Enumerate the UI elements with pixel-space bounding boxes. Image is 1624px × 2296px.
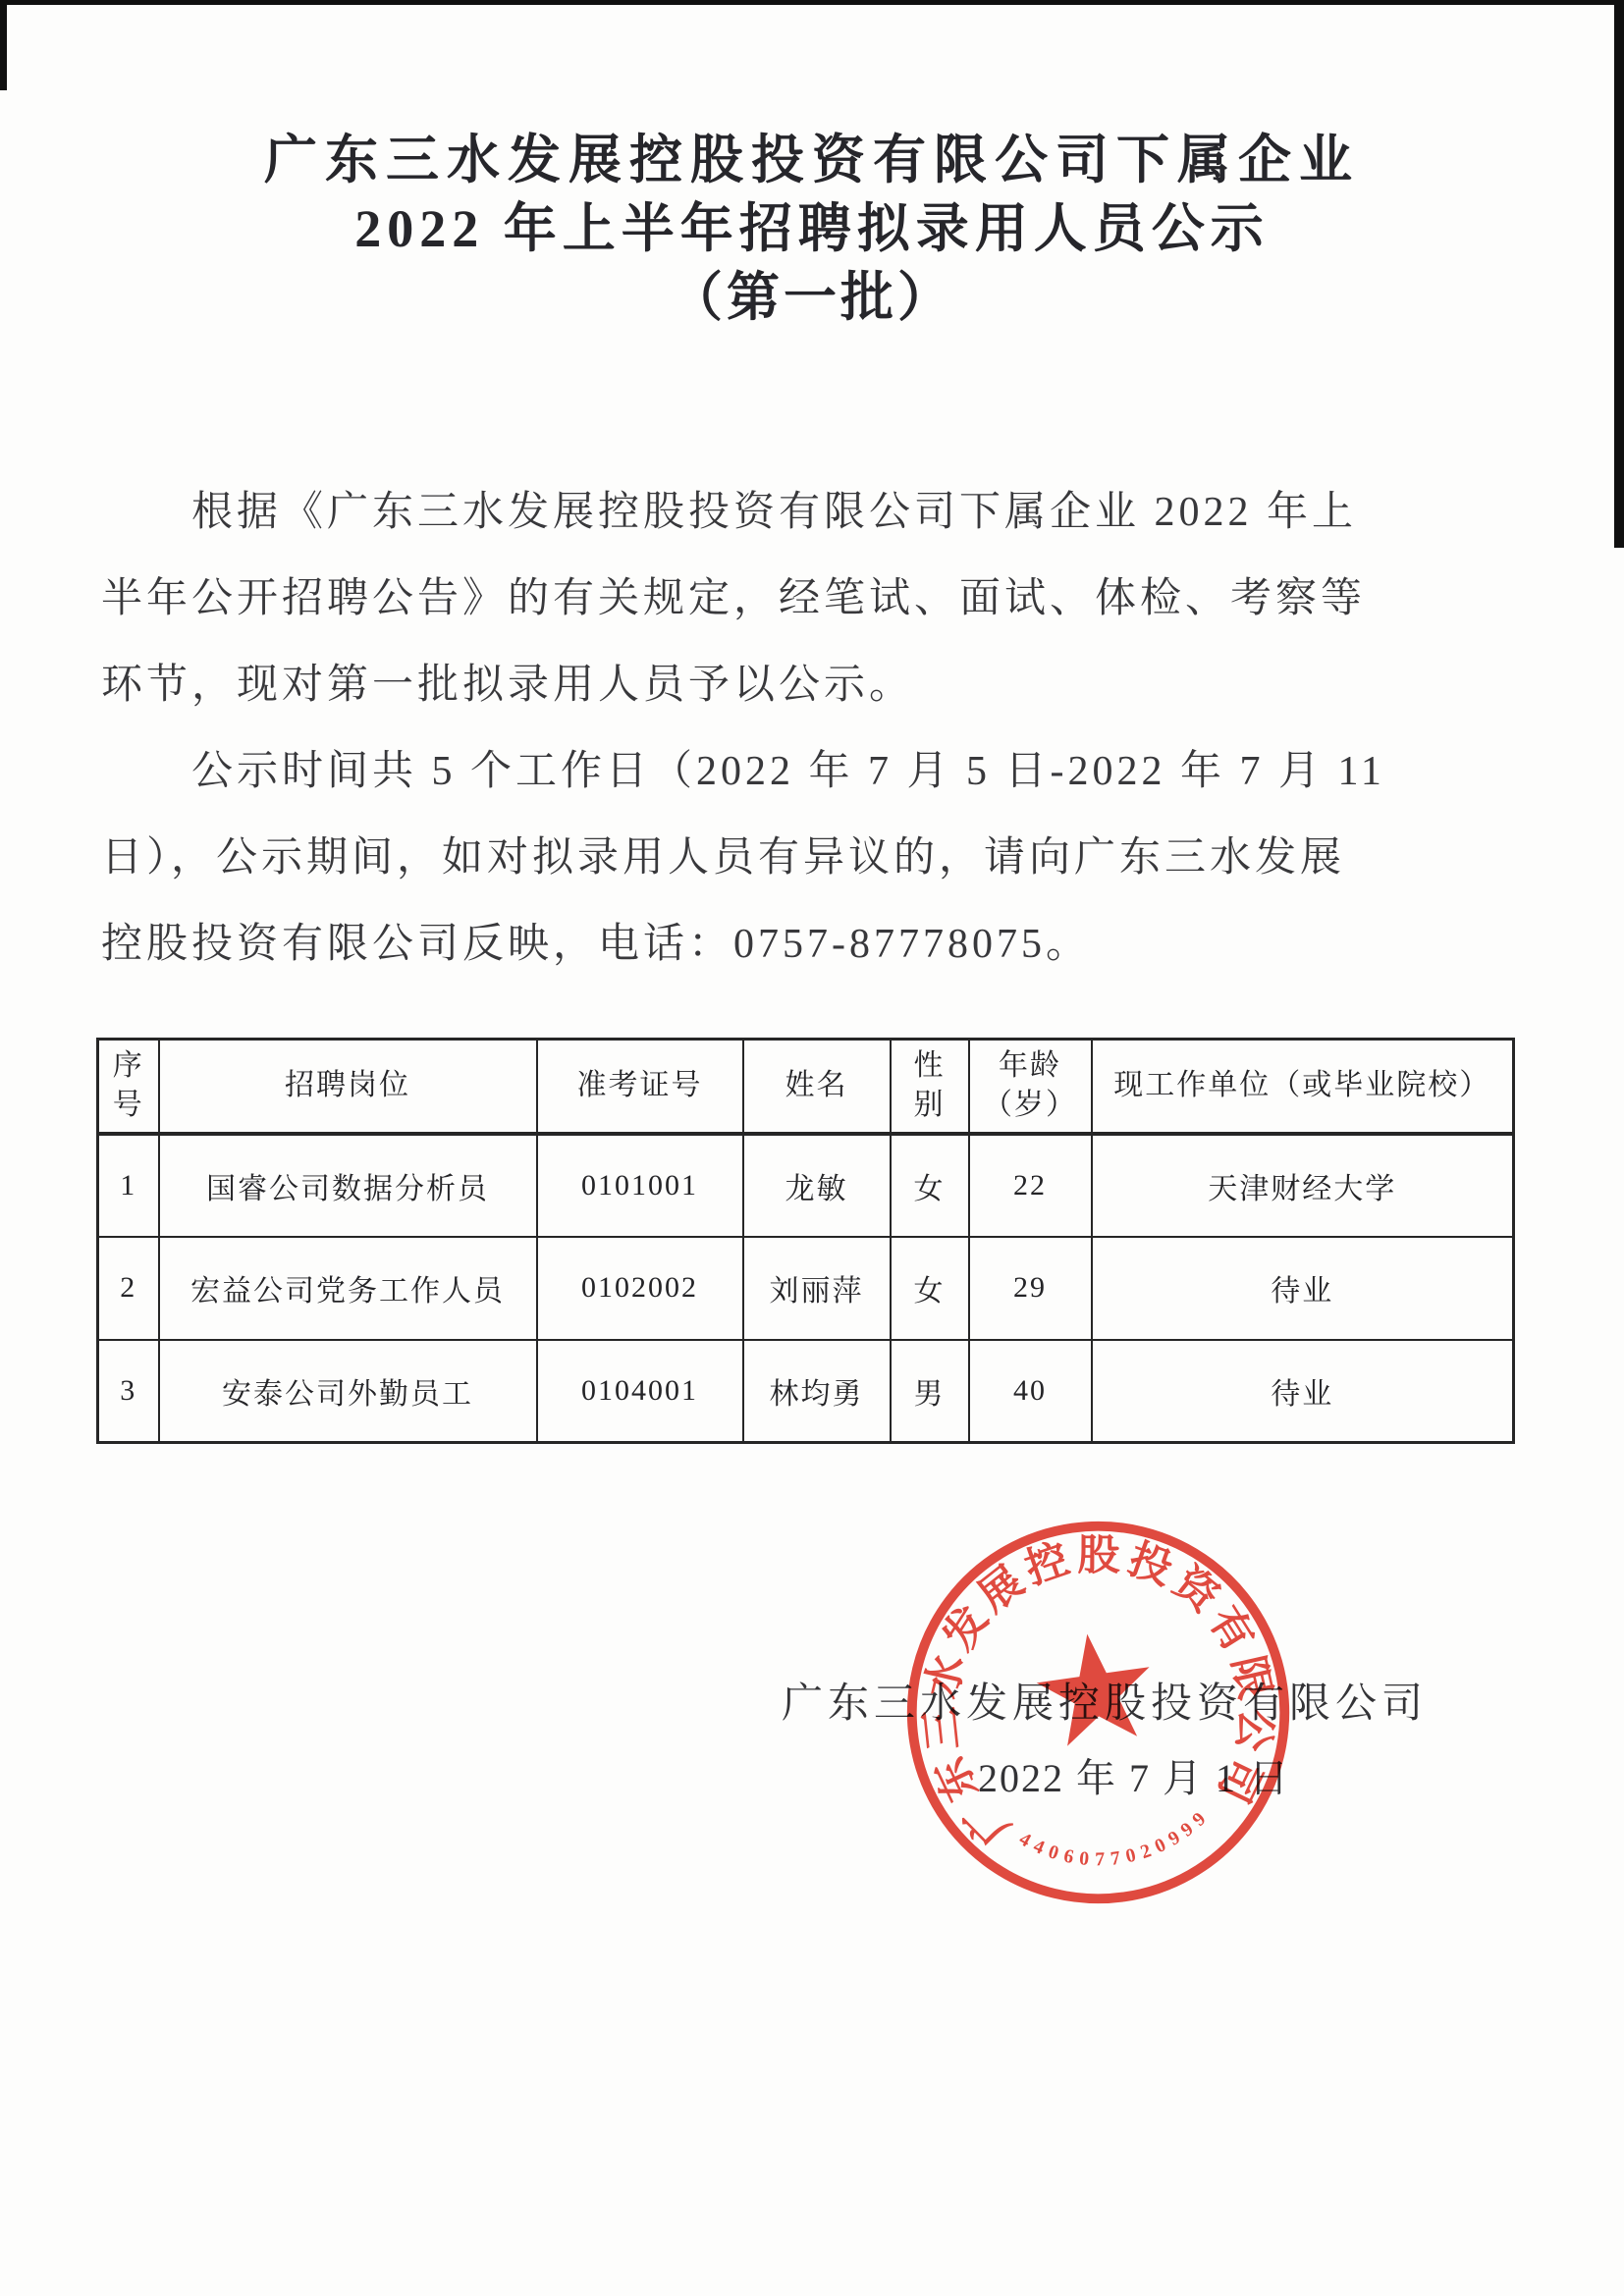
cell-name: 龙敏 (743, 1134, 891, 1237)
cell-seq: 2 (98, 1237, 159, 1340)
header-position: 招聘岗位 (159, 1040, 537, 1134)
cell-exam-id: 0102002 (537, 1237, 743, 1340)
official-seal: 广东三水发展控股投资有限公司 4406077020999 (864, 1486, 1332, 1938)
document-title: 广东三水发展控股投资有限公司下属企业 2022 年上半年招聘拟录用人员公示 （第… (0, 126, 1624, 332)
scan-artifact-left-edge (0, 0, 7, 90)
document-body: 根据《广东三水发展控股投资有限公司下属企业 2022 年上 半年公开招聘公告》的… (101, 469, 1535, 988)
header-age: 年龄 （岁） (969, 1040, 1092, 1134)
body-line: 根据《广东三水发展控股投资有限公司下属企业 2022 年上 (101, 469, 1535, 556)
title-line-3: （第一批） (0, 263, 1624, 332)
cell-position: 国睿公司数据分析员 (159, 1134, 537, 1237)
cell-age: 29 (969, 1237, 1092, 1340)
title-line-2: 2022 年上半年招聘拟录用人员公示 (0, 194, 1624, 263)
header-workunit: 现工作单位（或毕业院校） (1092, 1040, 1514, 1134)
cell-name: 林均勇 (743, 1340, 891, 1443)
table-row: 3 安泰公司外勤员工 0104001 林均勇 男 40 待业 (98, 1340, 1514, 1443)
table-row: 2 宏益公司党务工作人员 0102002 刘丽萍 女 29 待业 (98, 1237, 1514, 1340)
header-gender: 性 别 (891, 1040, 969, 1134)
candidates-table: 序 号 招聘岗位 准考证号 姓名 性 别 年龄 （岁） 现工作单位（或毕业院校）… (96, 1038, 1515, 1444)
title-line-1: 广东三水发展控股投资有限公司下属企业 (0, 126, 1624, 194)
cell-workunit: 待业 (1092, 1237, 1514, 1340)
table-row: 1 国睿公司数据分析员 0101001 龙敏 女 22 天津财经大学 (98, 1134, 1514, 1237)
cell-seq: 1 (98, 1134, 159, 1237)
header-exam-id: 准考证号 (537, 1040, 743, 1134)
cell-workunit: 待业 (1092, 1340, 1514, 1443)
table-header-row: 序 号 招聘岗位 准考证号 姓名 性 别 年龄 （岁） 现工作单位（或毕业院校） (98, 1040, 1514, 1134)
header-seq: 序 号 (98, 1040, 159, 1134)
seal-star-icon (1031, 1627, 1159, 1749)
cell-seq: 3 (98, 1340, 159, 1443)
cell-age: 40 (969, 1340, 1092, 1443)
seal-serial-number: 4406077020999 (1013, 1802, 1217, 1883)
cell-gender: 女 (891, 1237, 969, 1340)
body-line: 日），公示期间，如对拟录用人员有异议的，请向广东三水发展 (101, 815, 1535, 901)
body-line: 公示时间共 5 个工作日（2022 年 7 月 5 日-2022 年 7 月 1… (101, 728, 1535, 815)
cell-name: 刘丽萍 (743, 1237, 891, 1340)
cell-exam-id: 0104001 (537, 1340, 743, 1443)
cell-workunit: 天津财经大学 (1092, 1134, 1514, 1237)
cell-gender: 女 (891, 1134, 969, 1237)
cell-gender: 男 (891, 1340, 969, 1443)
cell-exam-id: 0101001 (537, 1134, 743, 1237)
body-line: 半年公开招聘公告》的有关规定，经笔试、面试、体检、考察等 (101, 556, 1535, 642)
body-line: 控股投资有限公司反映，电话：0757-87778075。 (101, 901, 1535, 988)
cell-position: 宏益公司党务工作人员 (159, 1237, 537, 1340)
body-line: 环节，现对第一批拟录用人员予以公示。 (101, 642, 1535, 728)
cell-age: 22 (969, 1134, 1092, 1237)
header-name: 姓名 (743, 1040, 891, 1134)
scanned-document-page: 广东三水发展控股投资有限公司下属企业 2022 年上半年招聘拟录用人员公示 （第… (0, 0, 1624, 2296)
scan-artifact-top-edge (0, 0, 1624, 5)
cell-position: 安泰公司外勤员工 (159, 1340, 537, 1443)
